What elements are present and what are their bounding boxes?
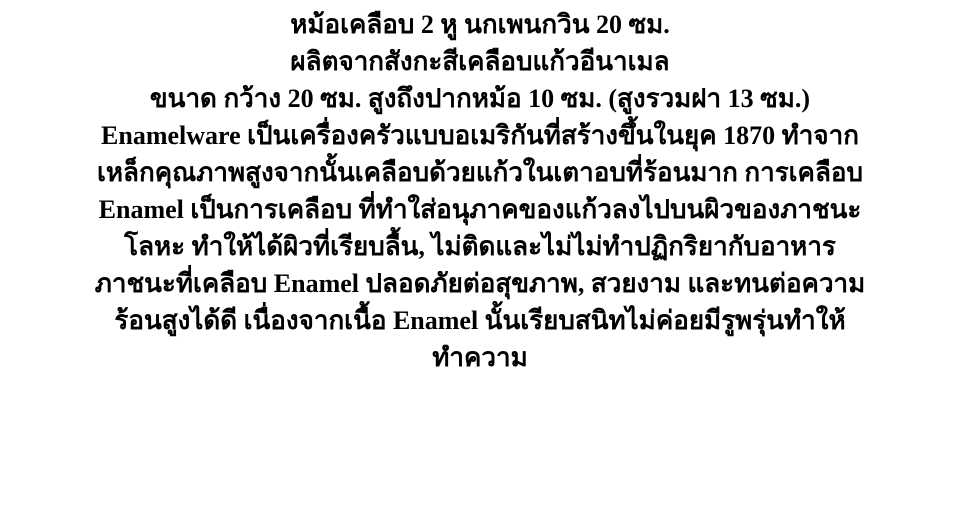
description-line-3: Enamel เป็นการเคลือบ ที่ทำใส่อนุภาคของแก… [0, 191, 960, 228]
material-line: ผลิตจากสังกะสีเคลือบแก้วอีนาเมล [0, 43, 960, 80]
description-line-6: ร้อนสูงได้ดี เนื่องจากเนื้อ Enamel นั้นเ… [0, 302, 960, 339]
description-line-1: Enamelware เป็นเครื่องครัวแบบอเมริกันที่… [0, 117, 960, 154]
size-line: ขนาด กว้าง 20 ซม. สูงถึงปากหม้อ 10 ซม. (… [0, 80, 960, 117]
description-line-5: ภาชนะที่เคลือบ Enamel ปลอดภัยต่อสุขภาพ, … [0, 265, 960, 302]
product-description: หม้อเคลือบ 2 หู นกเพนกวิน 20 ซม. ผลิตจาก… [0, 6, 960, 376]
description-line-4: โลหะ ทำให้ได้ผิวที่เรียบลื้น, ไม่ติดและไ… [0, 228, 960, 265]
product-title: หม้อเคลือบ 2 หู นกเพนกวิน 20 ซม. [0, 6, 960, 43]
description-line-2: เหล็กคุณภาพสูงจากนั้นเคลือบด้วยแก้วในเตา… [0, 154, 960, 191]
description-line-7: ทำความ [0, 339, 960, 376]
